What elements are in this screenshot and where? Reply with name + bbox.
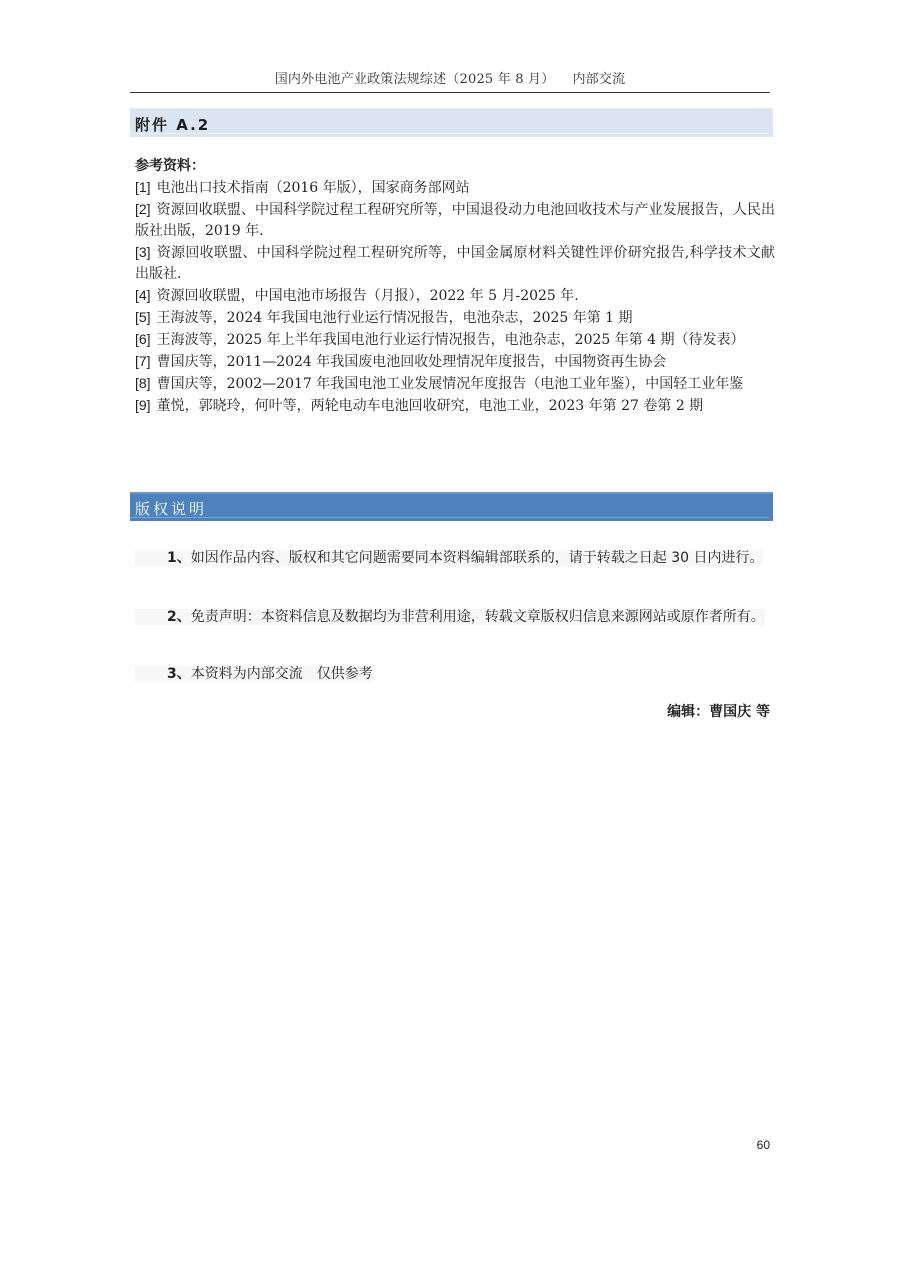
references-section: 参考资料： [1]电池出口技术指南（2016 年版），国家商务部网站 [2]资源… xyxy=(135,156,775,417)
reference-number: [3] xyxy=(135,244,151,260)
editor-credit: 编辑：曹国庆 等 xyxy=(667,701,770,721)
copyright-notice-3: 3、本资料为内部交流 仅供参考 xyxy=(135,663,770,685)
reference-item: [5]王海波等，2024 年我国电池行业运行情况报告，电池杂志，2025 年第 … xyxy=(135,307,775,329)
notice-number: 1、 xyxy=(135,550,191,566)
copyright-heading-bar: 版权说明 xyxy=(130,492,773,521)
internal-tag: 内部交流 xyxy=(572,72,625,87)
reference-text: 资源回收联盟、中国科学院过程工程研究所等，中国金属原材料关键性评价研究报告,科学… xyxy=(135,245,775,282)
reference-text: 曹国庆等，2002—2017 年我国电池工业发展情况年度报告（电池工业年鉴），中… xyxy=(157,376,744,392)
reference-number: [9] xyxy=(135,397,151,413)
reference-text: 王海波等，2025 年上半年我国电池行业运行情况报告，电池杂志，2025 年第 … xyxy=(157,332,745,348)
reference-text: 电池出口技术指南（2016 年版），国家商务部网站 xyxy=(157,180,470,196)
reference-text: 资源回收联盟、中国科学院过程工程研究所等，中国退役动力电池回收技术与产业发展报告… xyxy=(135,202,775,239)
notice-text: 本资料为内部交流 仅供参考 xyxy=(191,666,373,682)
copyright-notice-2: 2、免责声明：本资料信息及数据均为非营利用途，转载文章版权归信息来源网站或原作者… xyxy=(135,606,770,628)
page-header-text: 国内外电池产业政策法规综述（2025 年 8 月）内部交流 xyxy=(130,68,770,87)
reference-number: [5] xyxy=(135,309,151,325)
reference-number: [7] xyxy=(135,353,151,369)
reference-item: [8]曹国庆等，2002—2017 年我国电池工业发展情况年度报告（电池工业年鉴… xyxy=(135,373,775,395)
reference-item: [2]资源回收联盟、中国科学院过程工程研究所等，中国退役动力电池回收技术与产业发… xyxy=(135,199,775,242)
reference-item: [7]曹国庆等，2011—2024 年我国废电池回收处理情况年度报告，中国物资再… xyxy=(135,351,775,373)
page-header: 国内外电池产业政策法规综述（2025 年 8 月）内部交流 xyxy=(130,64,770,93)
reference-item: [9]董悦，郭晓玲，何叶等，两轮电动车电池回收研究，电池工业，2023 年第 2… xyxy=(135,395,775,417)
notice-text: 免责声明：本资料信息及数据均为非营利用途，转载文章版权归信息来源网站或原作者所有… xyxy=(191,609,765,625)
copyright-title: 版权说明 xyxy=(135,498,207,519)
appendix-heading-bar: 附件 A.2 xyxy=(130,108,773,137)
reference-item: [1]电池出口技术指南（2016 年版），国家商务部网站 xyxy=(135,177,775,199)
reference-text: 资源回收联盟，中国电池市场报告（月报），2022 年 5 月-2025 年. xyxy=(157,288,579,304)
notice-number: 2、 xyxy=(135,609,191,625)
reference-text: 王海波等，2024 年我国电池行业运行情况报告，电池杂志，2025 年第 1 期 xyxy=(157,310,633,326)
reference-text: 董悦，郭晓玲，何叶等，两轮电动车电池回收研究，电池工业，2023 年第 27 卷… xyxy=(157,398,704,414)
reference-number: [8] xyxy=(135,375,151,391)
reference-number: [2] xyxy=(135,201,151,217)
document-title: 国内外电池产业政策法规综述（2025 年 8 月） xyxy=(275,72,555,87)
reference-item: [4]资源回收联盟，中国电池市场报告（月报），2022 年 5 月-2025 年… xyxy=(135,285,775,307)
page-number: 60 xyxy=(757,1138,770,1152)
notice-text: 如因作品内容、版权和其它问题需要同本资料编辑部联系的，请于转载之日起 30 日内… xyxy=(191,550,764,566)
reference-number: [4] xyxy=(135,287,151,303)
reference-item: [3]资源回收联盟、中国科学院过程工程研究所等，中国金属原材料关键性评价研究报告… xyxy=(135,242,775,285)
reference-item: [6]王海波等，2025 年上半年我国电池行业运行情况报告，电池杂志，2025 … xyxy=(135,329,775,351)
appendix-title: 附件 A.2 xyxy=(135,114,210,135)
references-title: 参考资料： xyxy=(135,156,775,177)
notice-number: 3、 xyxy=(135,666,191,682)
copyright-notice-1: 1、如因作品内容、版权和其它问题需要同本资料编辑部联系的，请于转载之日起 30 … xyxy=(135,547,770,569)
reference-number: [6] xyxy=(135,331,151,347)
reference-number: [1] xyxy=(135,179,151,195)
reference-text: 曹国庆等，2011—2024 年我国废电池回收处理情况年度报告，中国物资再生协会 xyxy=(157,354,667,370)
